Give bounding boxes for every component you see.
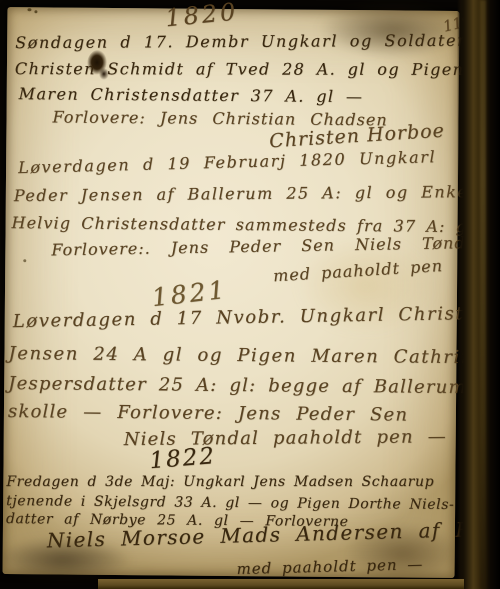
record-line: tjenende i Skjelsgrd 33 A. gl — og Pigen…	[6, 493, 454, 513]
binding-page-edge-highlight	[480, 0, 486, 589]
record-line: Maren Christensdatter 37 A. gl —	[19, 84, 364, 106]
ink-speck	[23, 259, 26, 262]
ink-speck	[34, 10, 37, 13]
document-photo: 1820 119 Søndagen d 17. Dembr Ungkarl og…	[0, 0, 500, 589]
record-line: Jensen 24 A gl og Pigen Maren Cathrine	[8, 343, 486, 368]
book-binding-edge	[457, 0, 500, 589]
record-line: Helvig Christensdatter sammesteds fra 37…	[12, 213, 480, 236]
record-line: med paaholdt pen —	[236, 555, 423, 578]
year-heading: 1820	[164, 0, 239, 32]
record-line: Søndagen d 17. Dembr Ungkarl og Soldaten	[15, 31, 469, 52]
record-line: Christen Schmidt af Tved 28 A. gl og Pig…	[15, 59, 464, 79]
paper-page: 1820 119 Søndagen d 17. Dembr Ungkarl og…	[3, 7, 460, 578]
record-line: skolle — Forlovere: Jens Peder Sen	[8, 401, 408, 425]
bottom-table-strip	[98, 579, 464, 589]
record-line: Jespersdatter 25 A: gl: begge af Balleru…	[8, 373, 467, 398]
record-line: Løverdagen d 19 Februarj 1820 Ungkarl	[18, 147, 437, 177]
record-line: med paaholdt pen	[273, 256, 444, 285]
record-line: Fredagen d 3de Maj: Ungkarl Jens Madsen …	[6, 474, 434, 490]
record-line: Løverdagen d 17 Nvobr. Ungkarl Christen	[13, 303, 490, 332]
record-line: Peder Jensen af Ballerum 25 A: gl og Enk…	[14, 182, 480, 205]
year-heading: 1822	[149, 443, 217, 474]
record-line: Forlovere:. Jens Peder Sen Niels Tøndal	[51, 233, 482, 260]
ink-speck	[27, 8, 31, 11]
